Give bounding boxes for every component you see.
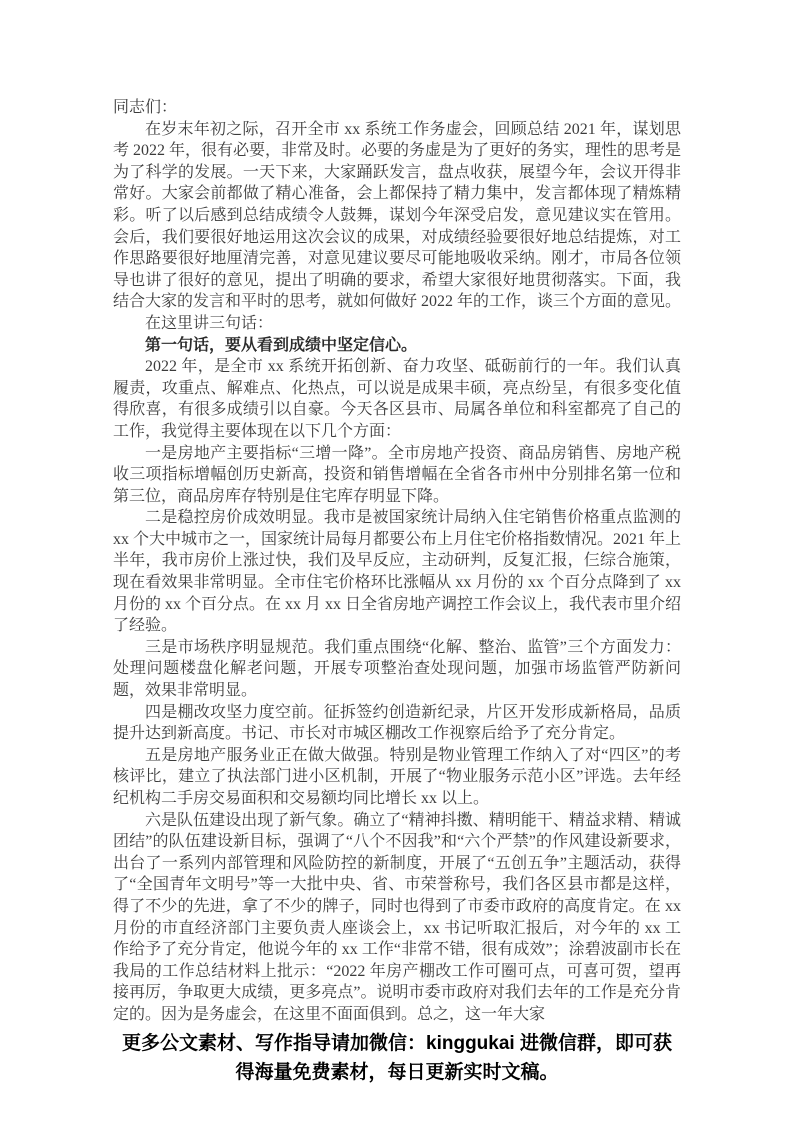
salutation: 同志们： — [113, 97, 681, 119]
paragraph-three-remarks-intro: 在这里讲三句话： — [113, 313, 681, 335]
paragraph-opening: 在岁末年初之际，召开全市 xx 系统工作务虚会，回顾总结 2021 年，谋划思考… — [113, 119, 681, 313]
promo-footer: 更多公文素材、写作指导请加微信：kinggukai 进微信群，即可获得海量免费素… — [113, 1029, 681, 1087]
document-page: 同志们： 在岁末年初之际，召开全市 xx 系统工作务虚会，回顾总结 2021 年… — [0, 0, 793, 1127]
paragraph-point-2-housing-price-control: 二是稳控房价成效明显。我市是被国家统计局纳入住宅销售价格重点监测的 xx 个大中… — [113, 507, 681, 637]
paragraph-year-review: 2022 年，是全市 xx 系统开拓创新、奋力攻坚、砥砺前行的一年。我们认真履责… — [113, 356, 681, 442]
paragraph-point-3-market-order: 三是市场秩序明显规范。我们重点围绕“化解、整治、监管”三个方面发力：处理问题楼盘… — [113, 637, 681, 702]
paragraph-point-4-shantytown-renovation: 四是棚改攻坚力度空前。征拆签约创造新纪录，片区开发形成新格局，品质提升达到新高度… — [113, 702, 681, 745]
paragraph-point-5-service-industry: 五是房地产服务业正在做大做强。特别是物业管理工作纳入了对“四区”的考核评比，建立… — [113, 745, 681, 810]
paragraph-point-1-real-estate-indicators: 一是房地产主要指标“三增一降”。全市房地产投资、商品房销售、房地产税收三项指标增… — [113, 443, 681, 508]
section-heading-first-remark: 第一句话，要从看到成绩中坚定信心。 — [113, 335, 681, 357]
paragraph-point-6-team-building: 六是队伍建设出现了新气象。确立了“精神抖擞、精明能干、精益求精、精诚团结”的队伍… — [113, 810, 681, 1026]
